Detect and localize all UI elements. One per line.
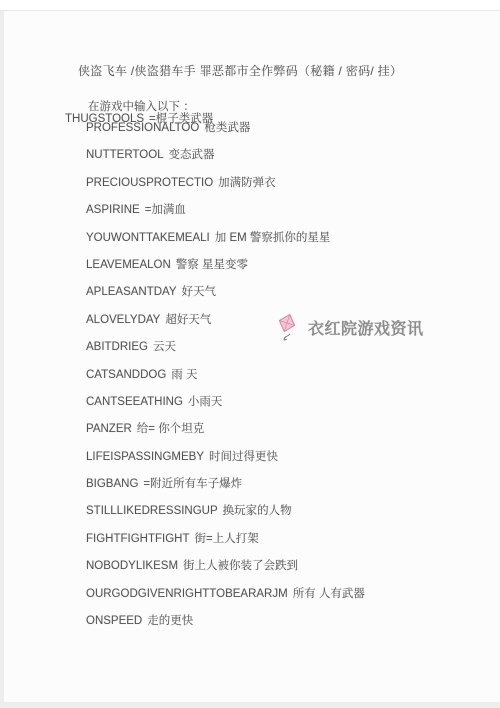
cheat-code: OURGODGIVENRIGHTTOBEARARJM: [86, 588, 288, 600]
cheat-effect: 走的更快: [147, 615, 193, 627]
cheat-line: ASPIRINE=加满血: [86, 197, 365, 224]
cheat-code: PROFESSIONALTOO: [86, 122, 199, 134]
cheat-effect: 变态武器: [169, 149, 215, 161]
cheat-code: PANZER: [86, 423, 132, 435]
page-title: 侠盗飞车 /侠盗猎车手 罪恶都市全作弊码（秘籍 / 密码/ 挂）: [78, 62, 402, 79]
cheat-code: STILLLIKEDRESSINGUP: [86, 505, 218, 517]
cheat-line: PROFESSIONALTOO枪类武器: [86, 115, 365, 142]
page-bottom-edge: [0, 702, 500, 708]
cheat-effect: 好天气: [182, 286, 217, 298]
cheat-line: STILLLIKEDRESSINGUP换玩家的人物: [86, 498, 365, 525]
cheat-effect: 雨 天: [171, 369, 197, 381]
cheat-code: PRECIOUSPROTECTIO: [86, 177, 213, 189]
cheat-effect: 所有 人有武器: [293, 588, 365, 600]
cheat-code: CATSANDDOG: [86, 369, 166, 381]
cheat-line: CANTSEEATHING小雨天: [86, 389, 365, 416]
cheat-effect: 给= 你个坦克: [137, 423, 204, 435]
cheat-effect: 时间过得更快: [209, 451, 278, 463]
cheat-list: PROFESSIONALTOO枪类武器 NUTTERTOOL变态武器 PRECI…: [86, 115, 365, 635]
cheat-effect: 街=上人打架: [194, 533, 258, 545]
cheat-line: OURGODGIVENRIGHTTOBEARARJM所有 人有武器: [86, 581, 365, 608]
cheat-line: YOUWONTTAKEMEALI加 EM 警察抓你的星星: [86, 225, 365, 252]
cheat-effect: 超好天气: [165, 314, 211, 326]
cheat-line: PRECIOUSPROTECTIO加满防弹衣: [86, 170, 365, 197]
cheat-code: NUTTERTOOL: [86, 149, 164, 161]
cheat-code: ABITDRIEG: [86, 341, 148, 353]
cheat-code: FIGHTFIGHTFIGHT: [86, 533, 189, 545]
cheat-effect: 街上人被你装了会跌到: [183, 560, 298, 572]
cheat-code: LEAVEMEALON: [86, 259, 171, 271]
cheat-effect: 换玩家的人物: [223, 505, 292, 517]
top-margin: [0, 0, 500, 10]
cheat-line: NUTTERTOOL变态武器: [86, 142, 365, 169]
cheat-line: PANZER给= 你个坦克: [86, 416, 365, 443]
cheat-code: CANTSEEATHING: [86, 396, 183, 408]
cheat-line: ONSPEED走的更快: [86, 608, 365, 635]
document-page: 侠盗飞车 /侠盗猎车手 罪恶都市全作弊码（秘籍 / 密码/ 挂） 在游戏中输入以…: [4, 11, 500, 702]
cheat-effect: =加满血: [145, 204, 186, 216]
cheat-effect: =附近所有车子爆炸: [143, 478, 242, 490]
kite-icon: [277, 313, 299, 341]
cheat-code: APLEASANTDAY: [86, 286, 177, 298]
cheat-effect: 加满防弹衣: [218, 177, 276, 189]
cheat-code: BIGBANG: [86, 478, 138, 490]
cheat-line: BIGBANG=附近所有车子爆炸: [86, 471, 365, 498]
cheat-line: APLEASANTDAY好天气: [86, 279, 365, 306]
cheat-effect: 枪类武器: [204, 122, 250, 134]
cheat-line: CATSANDDOG雨 天: [86, 362, 365, 389]
cheat-line: NOBODYLIKESM街上人被你装了会跌到: [86, 553, 365, 580]
cheat-line: FIGHTFIGHTFIGHT街=上人打架: [86, 526, 365, 553]
cheat-code: YOUWONTTAKEMEALI: [86, 232, 210, 244]
cheat-line: LIFEISPASSINGMEBY时间过得更快: [86, 444, 365, 471]
cheat-code: ASPIRINE: [86, 204, 140, 216]
cheat-effect: 云天: [153, 341, 176, 353]
cheat-code: ONSPEED: [86, 615, 142, 627]
watermark-text: 衣红院游戏资讯: [308, 316, 424, 339]
cheat-code: LIFEISPASSINGMEBY: [86, 451, 204, 463]
cheat-effect: 警察 星星变零: [176, 259, 248, 271]
cheat-code: NOBODYLIKESM: [86, 560, 178, 572]
cheat-code: ALOVELYDAY: [86, 314, 160, 326]
cheat-effect: 小雨天: [188, 396, 223, 408]
cheat-effect: 加 EM 警察抓你的星星: [215, 232, 331, 244]
watermark: 衣红院游戏资讯: [277, 304, 424, 341]
cheat-line: LEAVEMEALON警察 星星变零: [86, 252, 365, 279]
